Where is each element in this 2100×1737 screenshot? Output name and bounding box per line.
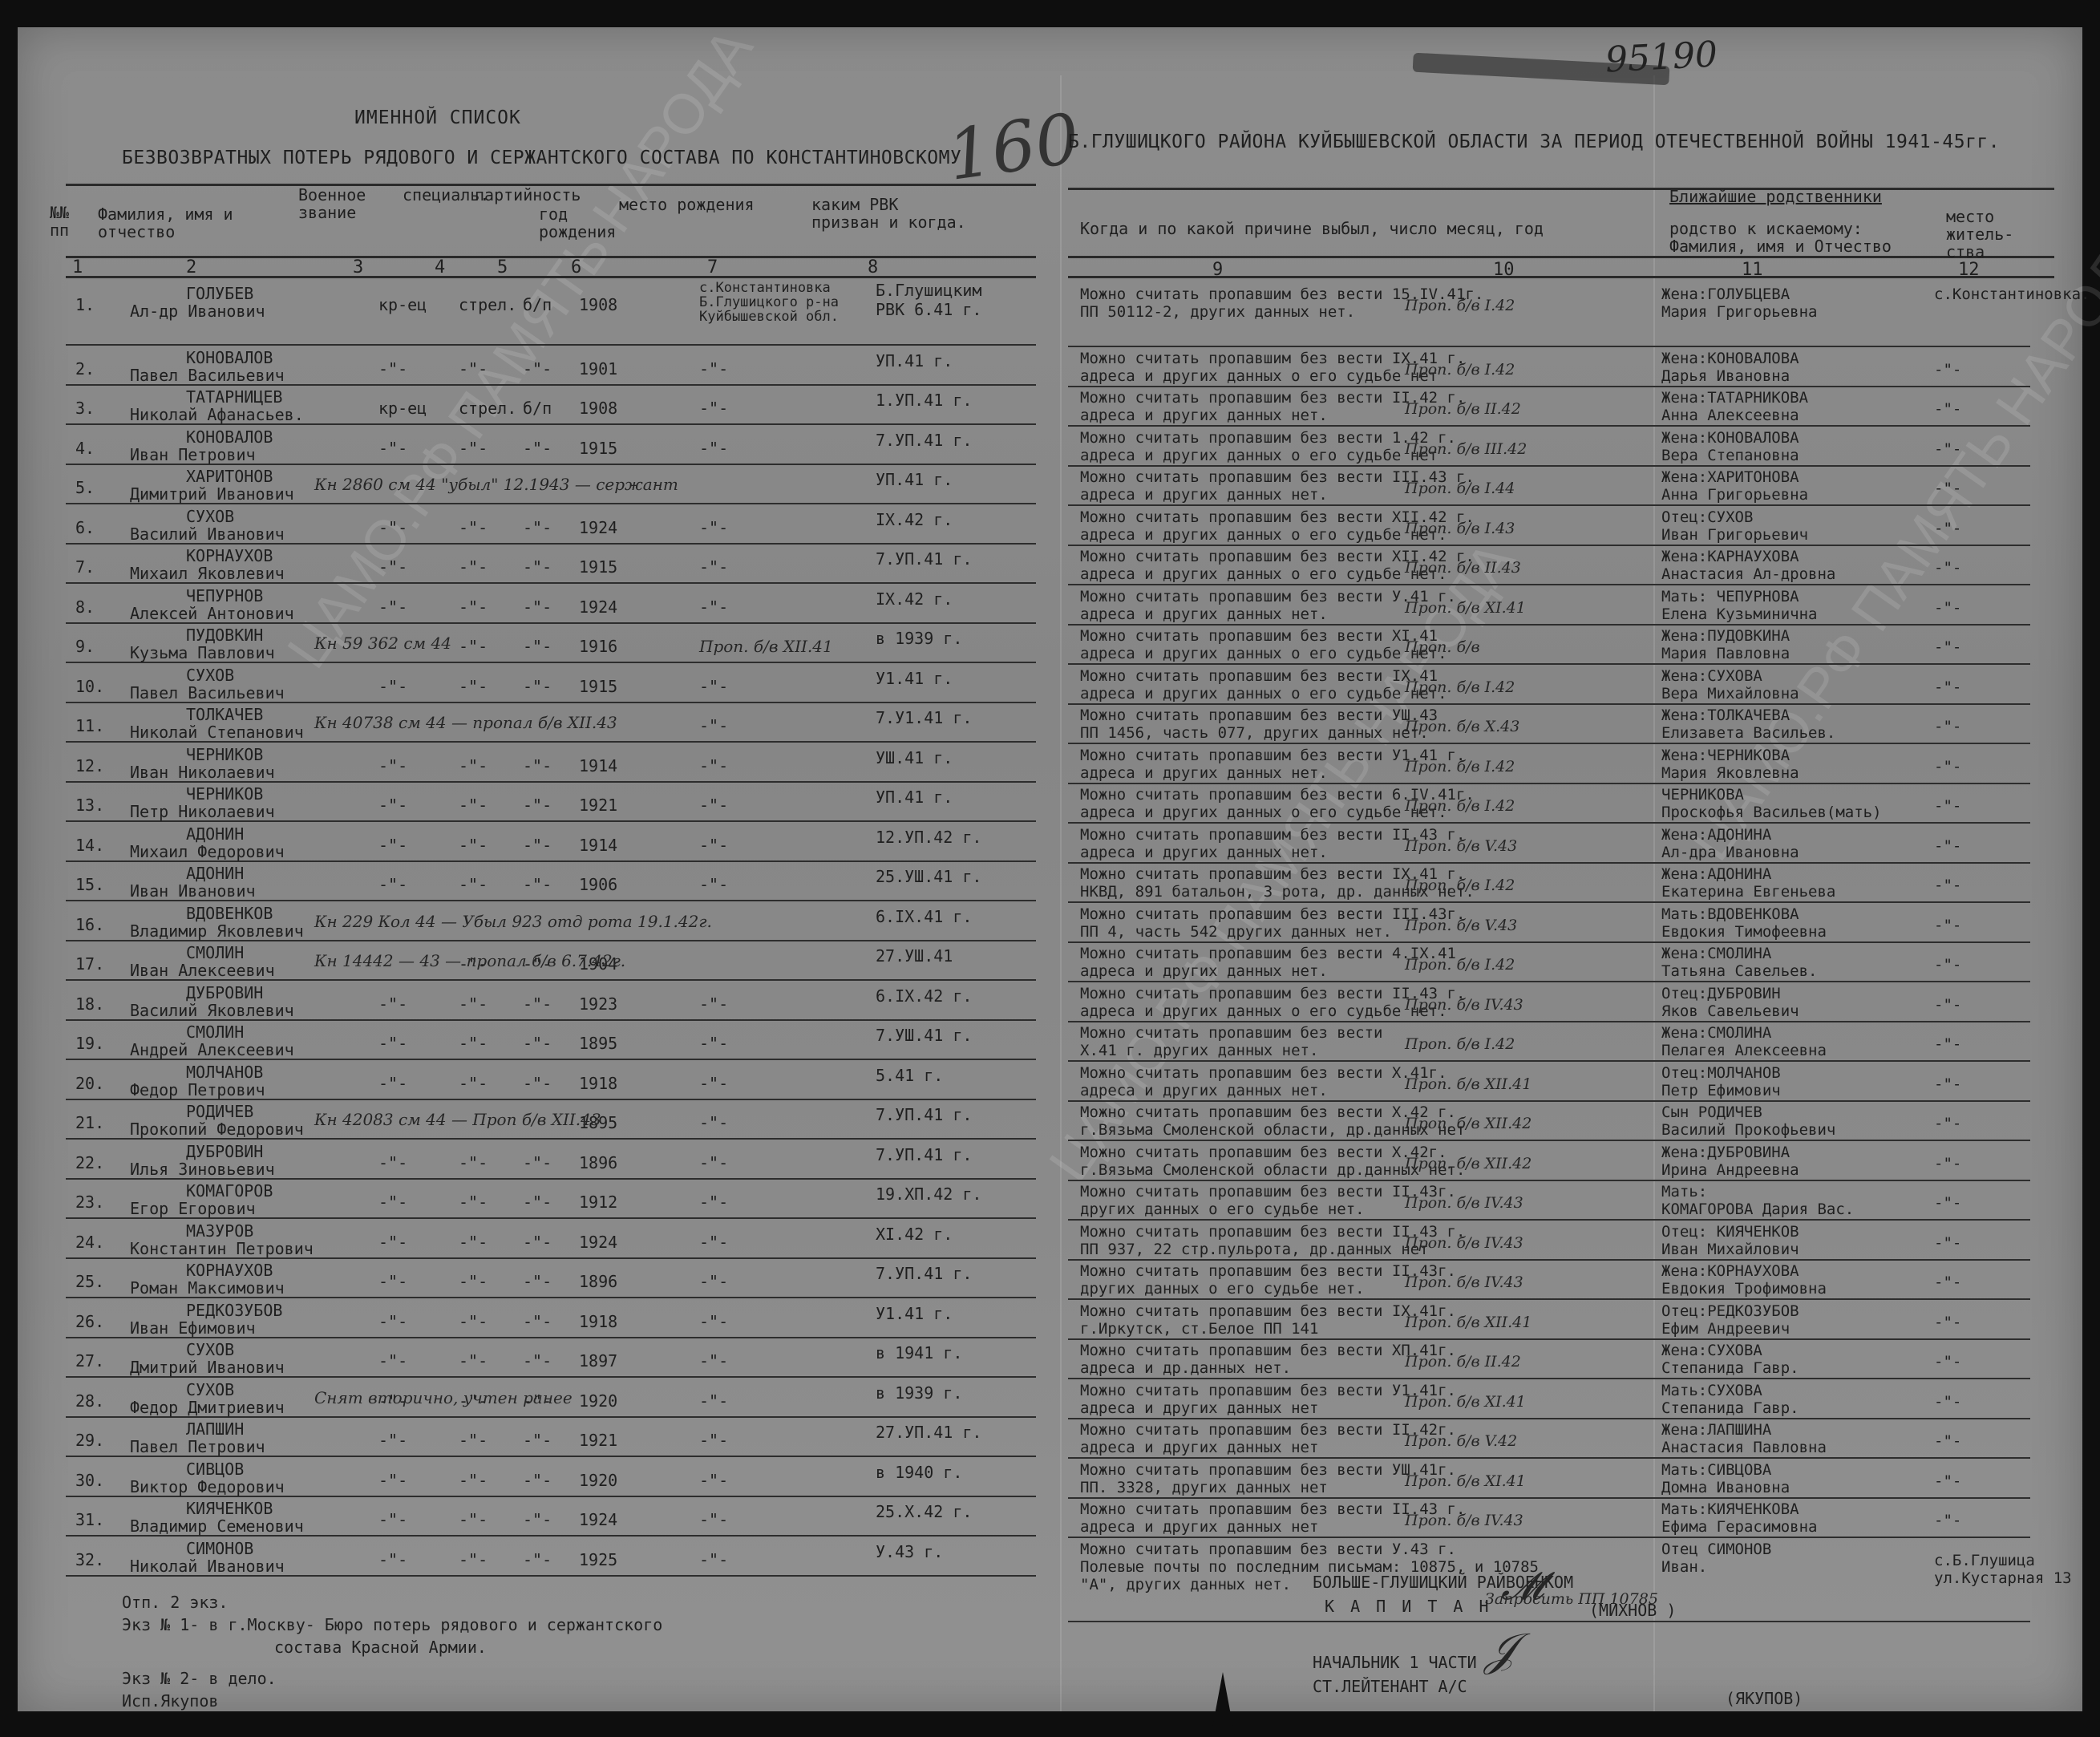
birth-year: 1925 [579, 1550, 617, 1569]
relative-line2: Анастасия Ал-дровна [1661, 565, 1835, 583]
num: 32. [75, 1550, 104, 1569]
rank: -"- [378, 1074, 407, 1093]
rvk: 7.УП.41 г. [876, 1105, 972, 1124]
handwritten-mark: Проп. б/в XII.41 [1405, 1314, 1532, 1331]
specialty: стрел. [459, 399, 516, 418]
table-row: 2.КОНОВАЛОВПавел Васильевич-"--"--"-1901… [66, 348, 1036, 386]
commissar-rank: К А П И Т А Н [1325, 1595, 1492, 1618]
relative-line2: Вера Михайловна [1661, 685, 1799, 702]
rank: -"- [378, 1351, 407, 1371]
num: 8. [75, 597, 95, 617]
table-row: 7.КОРНАУХОВМихаил Яковлевич-"--"--"-1915… [66, 546, 1036, 584]
given-name: Павел Васильевич [130, 683, 285, 702]
residence: -"- [1934, 559, 1961, 577]
rank: -"- [378, 1431, 407, 1450]
rvk: в 1939 г. [876, 629, 962, 648]
fate-line2: X.41 г. других данных нет. [1080, 1042, 1318, 1059]
handwritten-mark: Проп. б/в III.42 [1405, 440, 1527, 458]
num: 22. [75, 1153, 104, 1172]
birth-year: 1920 [579, 1471, 617, 1490]
table-row: 16.ВДОВЕНКОВВладимир Яковлевич6.IX.41 г.… [66, 904, 1036, 941]
specialty: стрел. [459, 295, 516, 314]
col-num: 1 [72, 257, 83, 277]
handwritten-mark: Проп. б/в [1405, 638, 1480, 656]
surname: СИВЦОВ [186, 1460, 244, 1479]
table-row: 15.АДОНИНИван Иванович-"--"--"-1906-"-25… [66, 864, 1036, 901]
table-row: Можно считать пропавшим без вести УШ.41г… [1068, 1461, 2030, 1499]
rank: -"- [378, 875, 407, 894]
surname: ДУБРОВИН [186, 983, 263, 1002]
num: 20. [75, 1074, 104, 1093]
table-row: Можно считать пропавшим без вести II.43 … [1068, 826, 2030, 864]
relative-line2: Степанида Гавр. [1661, 1359, 1799, 1377]
rule [66, 276, 1036, 278]
birth-place: с.Константиновка Б.Глушицкого р-на Куйбы… [699, 281, 860, 324]
table-row: 1.ГОЛУБЕВАл-др Ивановичкр-ецстрел.б/п190… [66, 284, 1036, 346]
surname: СУХОВ [186, 1340, 234, 1359]
specialty: -"- [459, 677, 488, 696]
residence: -"- [1934, 1194, 1961, 1212]
document-title: ИМЕННОЙ СПИСОК [354, 107, 521, 128]
table-row: Можно считать пропавшим без вести 15.IV.… [1068, 285, 2030, 347]
relative-line1: Жена:АДОНИНА [1661, 826, 1771, 844]
relative-line1: Жена:СМОЛИНА [1661, 1024, 1771, 1042]
relative-line2: Пелагея Алексеевна [1661, 1042, 1827, 1059]
handwritten-mark: Проп. б/в I.42 [1405, 797, 1515, 815]
given-name: Николай Афанасьев. [130, 405, 304, 424]
party: -"- [523, 1510, 552, 1529]
handwritten-mark: Проп. б/в XI.41 [1405, 1393, 1526, 1411]
relative-line2: Анна Алексеевна [1661, 407, 1799, 424]
relative-line1: Отец СИМОНОВ [1661, 1541, 1771, 1558]
given-name: Иван Ефимович [130, 1318, 256, 1338]
relative-line1: Отец:МОЛЧАНОВ [1661, 1064, 1781, 1082]
handwritten-mark: Проп. б/в I.44 [1405, 480, 1515, 497]
rule [66, 256, 1036, 258]
rank: кр-ец [378, 399, 427, 418]
rvk: 7.УП.41 г. [876, 549, 972, 569]
surname: СМОЛИН [186, 1022, 244, 1042]
fate-line2: адреса и других данных о его судьбе нет. [1080, 526, 1447, 544]
handwritten-mark: Проп. б/в XII.42 [1405, 1115, 1532, 1132]
rvk: в 1939 г. [876, 1383, 962, 1403]
table-row: Можно считать пропавшим без вести II.43 … [1068, 1223, 2030, 1261]
col-num: 11 [1742, 260, 1763, 280]
col-num: 10 [1493, 260, 1515, 280]
num: 10. [75, 677, 104, 696]
relative-line1: Отец:РЕДКОЗУБОВ [1661, 1302, 1799, 1320]
table-row: Можно считать пропавшим без вести X.42 г… [1068, 1103, 2030, 1141]
relative-line2: Петр Ефимович [1661, 1082, 1781, 1099]
specialty: -"- [459, 1034, 488, 1053]
party: -"- [523, 836, 552, 855]
given-name: Роман Максимович [130, 1278, 285, 1298]
party: -"- [523, 1074, 552, 1093]
given-name: Владимир Яковлевич [130, 921, 304, 941]
table-row: 30.СИВЦОВВиктор Федорович-"--"--"-1920-"… [66, 1460, 1036, 1497]
fate-line2: адреса и других данных нет [1080, 1399, 1318, 1417]
handwritten-mark: Проп. б/в IV.43 [1405, 1273, 1523, 1291]
rank: -"- [378, 439, 407, 458]
num: 18. [75, 994, 104, 1014]
birth-year: 1912 [579, 1192, 617, 1212]
fate-line1: Можно считать пропавшим без вести [1080, 1024, 1383, 1042]
rule [1068, 256, 2054, 258]
party: б/п [523, 399, 552, 418]
handwritten-note: Кн 229 Кол 44 — Убыл 923 отд рота 19.1.4… [314, 912, 712, 931]
fate-line1: Можно считать пропавшим без вести X.41г. [1080, 1064, 1447, 1082]
chief-title: НАЧАЛЬНИК 1 ЧАСТИ [1313, 1651, 1477, 1674]
num: 23. [75, 1192, 104, 1212]
num: 3. [75, 399, 95, 418]
party: -"- [523, 518, 552, 537]
residence: -"- [1934, 1234, 1961, 1252]
table-row: Можно считать пропавшим без вести XII.42… [1068, 508, 2030, 546]
surname: КОРНАУХОВ [186, 1261, 273, 1280]
fate-line2: адреса и других данных о его судьбе нет. [1080, 645, 1447, 662]
table-row: Можно считать пропавшим без вести X.42г.… [1068, 1144, 2030, 1181]
rvk: 6.IX.41 г. [876, 907, 972, 926]
rank: -"- [378, 1233, 407, 1252]
handwritten-mark: Проп. б/в IV.43 [1405, 996, 1523, 1014]
table-row: Можно считать пропавшим без вести II.42г… [1068, 1421, 2030, 1459]
residence: -"- [1934, 520, 1961, 537]
table-row: Можно считать пропавшим без вести XII.42… [1068, 548, 2030, 585]
table-row: Можно считать пропавшим без вести XI.41а… [1068, 627, 2030, 665]
surname: МОЛЧАНОВ [186, 1063, 263, 1082]
commissar-signature: 𝓜 [1501, 1575, 1544, 1597]
chief-rank: СТ.ЛЕЙТЕНАНТ А/С [1313, 1675, 1467, 1698]
header-birth-year: год рождения [539, 205, 595, 241]
relative-line2: Елизавета Васильев. [1661, 724, 1835, 742]
relative-line2: Дарья Ивановна [1661, 367, 1790, 385]
table-row: 20.МОЛЧАНОВФедор Петрович-"--"--"-1918-"… [66, 1063, 1036, 1100]
specialty: -"- [459, 1074, 488, 1093]
given-name: Николай Иванович [130, 1557, 285, 1576]
fate-line2: ПП 937, 22 стр.пульрота, др.данных нет [1080, 1241, 1429, 1258]
rvk: 6.IX.42 г. [876, 986, 972, 1006]
party: -"- [523, 1192, 552, 1212]
table-row: 21.РОДИЧЕВПрокопий Федорович1895-"-7.УП.… [66, 1102, 1036, 1140]
residence: -"- [1934, 678, 1961, 696]
given-name: Димитрий Иванович [130, 484, 294, 504]
surname: ЧЕРНИКОВ [186, 784, 263, 804]
handwritten-mark: Проп. б/в I.42 [1405, 877, 1515, 894]
specialty: -"- [459, 875, 488, 894]
table-row: 26.РЕДКОЗУБОВИван Ефимович-"--"--"-1918-… [66, 1301, 1036, 1338]
specialty: -"- [459, 1550, 488, 1569]
specialty: -"- [459, 756, 488, 775]
header-party: партийность [475, 186, 523, 204]
birth-year: 1924 [579, 1233, 617, 1252]
rvk: 7.УП.41 г. [876, 1145, 972, 1164]
surname: РЕДКОЗУБОВ [186, 1301, 282, 1320]
chief-signature: 𝒥 [1485, 1639, 1516, 1662]
party: -"- [523, 756, 552, 775]
given-name: Иван Алексеевич [130, 961, 275, 980]
fate-line1: Можно считать пропавшим без вести X.42 г… [1080, 1103, 1456, 1121]
num: 21. [75, 1113, 104, 1132]
residence: -"- [1934, 1472, 1961, 1490]
residence: -"- [1934, 797, 1961, 815]
birth-place: -"- [699, 1233, 728, 1252]
rvk: Б.Глушицким РВК 6.41 г. [876, 281, 1020, 319]
birth-place: -"- [699, 875, 728, 894]
specialty: -"- [459, 1272, 488, 1291]
given-name: Федор Дмитриевич [130, 1398, 285, 1417]
col-num: 2 [186, 257, 196, 277]
specialty: -"- [459, 796, 488, 815]
birth-year: 1895 [579, 1034, 617, 1053]
footer-copy1b: состава Красной Армии. [274, 1636, 487, 1658]
party: -"- [523, 1431, 552, 1450]
document-subtitle-left: БЕЗВОЗВРАТНЫХ ПОТЕРЬ РЯДОВОГО И СЕРЖАНТС… [122, 148, 961, 168]
rank: -"- [378, 1312, 407, 1331]
rank: -"- [378, 994, 407, 1014]
table-row: 25.КОРНАУХОВРоман Максимович-"--"--"-189… [66, 1261, 1036, 1298]
surname: СУХОВ [186, 1380, 234, 1399]
fate-line1: Можно считать пропавшим без вести 1.42 г… [1080, 429, 1456, 447]
footer-copies: Отп. 2 экз. [122, 1591, 228, 1614]
residence: -"- [1934, 440, 1961, 458]
rvk: IX.42 г. [876, 510, 953, 529]
relative-line1: Жена:КОНОВАЛОВА [1661, 429, 1799, 447]
table-row: 10.СУХОВПавел Васильевич-"--"--"-1915-"-… [66, 666, 1036, 703]
handwritten-mark: Проп. б/в IV.43 [1405, 1512, 1523, 1529]
table-row: 13.ЧЕРНИКОВПетр Николаевич-"--"--"-1921-… [66, 784, 1036, 822]
residence: -"- [1934, 1353, 1961, 1371]
fate-line1: Можно считать пропавшим без вести 4.IX.4… [1080, 945, 1456, 962]
rank: -"- [378, 1471, 407, 1490]
relative-line1: Мать:СИВЦОВА [1661, 1461, 1771, 1479]
residence: -"- [1934, 1035, 1961, 1053]
rvk: 25.X.42 г. [876, 1502, 972, 1521]
specialty: -"- [459, 1192, 488, 1212]
party: -"- [523, 1312, 552, 1331]
relative-line1: Мать:КИЯЧЕНКОВА [1661, 1500, 1799, 1518]
party: -"- [523, 796, 552, 815]
table-row: Можно считать пропавшим без вести II.43 … [1068, 1500, 2030, 1538]
rank: -"- [378, 1272, 407, 1291]
birth-place: -"- [699, 1192, 728, 1212]
table-row: Можно считать пропавшим без вести XП.41г… [1068, 1342, 2030, 1379]
table-row: 19.СМОЛИНАндрей Алексеевич-"--"--"-1895-… [66, 1022, 1036, 1060]
handwritten-mark: Проп. б/в XII.42 [1405, 1155, 1532, 1172]
birth-year: 1906 [579, 875, 617, 894]
relative-line2: Татьяна Савельев. [1661, 962, 1817, 980]
party: -"- [523, 597, 552, 617]
fate-line1: Можно считать пропавшим без вести IX.41 [1080, 667, 1438, 685]
torn-edge [0, 1716, 2100, 1737]
num: 13. [75, 796, 104, 815]
rank: -"- [378, 1153, 407, 1172]
birth-place: -"- [699, 994, 728, 1014]
given-name: Кузьма Павлович [130, 643, 275, 662]
residence: -"- [1934, 917, 1961, 934]
num: 28. [75, 1391, 104, 1411]
relative-line2: Домна Ивановна [1661, 1479, 1790, 1496]
relative-line1: Мать:ВДОВЕНКОВА [1661, 905, 1799, 923]
table-row: 32.СИМОНОВНиколай Иванович-"--"--"-1925-… [66, 1539, 1036, 1577]
handwritten-mark: Проп. б/в XI.41 [1405, 599, 1526, 617]
header-relatives: родство к искаемому: Фамилия, имя и Отче… [1669, 220, 1926, 255]
num: 27. [75, 1351, 104, 1371]
specialty: -"- [459, 637, 488, 656]
residence: -"- [1934, 1115, 1961, 1132]
table-row: 12.ЧЕРНИКОВИван Николаевич-"--"--"-1914-… [66, 745, 1036, 783]
rvk: 19.ХП.42 г. [876, 1184, 981, 1204]
document-page: ЦАМО.РФ ПАМЯТЬ НАРОДА ЦАМО.РФ ПАМЯТЬ НАР… [18, 27, 2082, 1711]
fate-line2: адреса и других данных о его судьбе нет. [1080, 685, 1447, 702]
table-row: 27.СУХОВДмитрий Иванович-"--"--"-1897-"-… [66, 1340, 1036, 1378]
given-name: Виктор Федорович [130, 1477, 285, 1496]
rvk: в 1941 г. [876, 1343, 962, 1362]
table-row: 17.СМОЛИНИван Алексеевич-"--"-190427.УШ.… [66, 943, 1036, 981]
relative-line1: Жена:ЧЕРНИКОВА [1661, 747, 1790, 764]
relative-line2: Иван Григорьевич [1661, 526, 1808, 544]
handwritten-note: Снят вторично, учтен ранее [314, 1388, 573, 1407]
rule [1068, 188, 2054, 190]
fate-line2: адреса и др.данных нет. [1080, 1359, 1291, 1377]
table-row: Можно считать пропавшим без вести IX.41а… [1068, 667, 2030, 705]
relative-line1: ЧЕРНИКОВА [1661, 786, 1744, 804]
residence: -"- [1934, 837, 1961, 855]
given-name: Василий Яковлевич [130, 1001, 294, 1020]
given-name: Владимир Семенович [130, 1516, 304, 1536]
handwritten-mark: Проп. б/в V.42 [1405, 1432, 1517, 1450]
specialty: -"- [459, 1471, 488, 1490]
fate-line2: других данных о его судьбе нет. [1080, 1201, 1365, 1218]
table-row: 23.КОМАГОРОВЕгор Егорович-"--"--"-1912-"… [66, 1181, 1036, 1219]
table-row: 14.АДОНИНМихаил Федорович-"--"--"-1914-"… [66, 824, 1036, 862]
table-row: 18.ДУБРОВИНВасилий Яковлевич-"--"--"-192… [66, 983, 1036, 1021]
handwritten-mark: Проп. б/в II.43 [1405, 559, 1521, 577]
header-when-why: Когда и по какой причине выбыл, число ме… [1080, 220, 1544, 237]
fate-line2: адреса и других данных нет. [1080, 1082, 1328, 1099]
birth-year: 1908 [579, 399, 617, 418]
num: 24. [75, 1233, 104, 1252]
fate-line2: ПП 1456, часть 077, других данных нет. [1080, 724, 1429, 742]
handwritten-number: 160 [943, 99, 1084, 196]
table-row: 11.ТОЛКАЧЕВНиколай Степанович-"-7.У1.41 … [66, 705, 1036, 743]
relative-line1: Жена:ТАТАРНИКОВА [1661, 389, 1808, 407]
relative-line1: Мать:СУХОВА [1661, 1382, 1762, 1399]
birth-place: -"- [699, 796, 728, 815]
relative-line2: Мария Григорьевна [1661, 303, 1817, 321]
rvk: 27.УШ.41 [876, 946, 953, 966]
footer-executor: Исп.Якупов [122, 1690, 218, 1712]
num: 12. [75, 756, 104, 775]
surname: ЛАПШИН [186, 1419, 244, 1439]
surname: КИЯЧЕНКОВ [186, 1499, 273, 1518]
given-name: Иван Николаевич [130, 763, 275, 782]
birth-place: -"- [699, 1550, 728, 1569]
relative-line2: КОМАГОРОВА Дария Вас. [1661, 1201, 1854, 1218]
relative-line1: Жена:ТОЛКАЧЕВА [1661, 707, 1790, 724]
rvk: УП.41 г. [876, 470, 953, 489]
rvk: 5.41 г. [876, 1066, 943, 1085]
birth-year: 1921 [579, 1431, 617, 1450]
num: 6. [75, 518, 95, 537]
birth-place: -"- [699, 1312, 728, 1331]
birth-place: -"- [699, 1272, 728, 1291]
fate-line1: Можно считать пропавшим без вести XI.41 [1080, 627, 1438, 645]
handwritten-mark: Проп. б/в X.43 [1405, 718, 1519, 735]
footer-copy2: Экз № 2- в дело. [122, 1667, 277, 1690]
rank: -"- [378, 756, 407, 775]
relative-line1: Жена:АДОНИНА [1661, 865, 1771, 883]
handwritten-mark: Проп. б/в I.42 [1405, 361, 1515, 379]
rank: -"- [378, 1192, 407, 1212]
relative-line2: Иван. [1661, 1558, 1707, 1576]
party: -"- [523, 875, 552, 894]
rank: -"- [378, 359, 407, 379]
table-row: 3.ТАТАРНИЦЕВНиколай Афанасьев.кр-ецстрел… [66, 387, 1036, 425]
rvk: 27.УП.41 г. [876, 1423, 981, 1442]
birth-year: 1914 [579, 756, 617, 775]
residence: -"- [1934, 361, 1961, 379]
party: -"- [523, 1153, 552, 1172]
table-row: 29.ЛАПШИНПавел Петрович-"--"--"-1921-"-2… [66, 1419, 1036, 1457]
handwritten-mark: Проп. б/в I.43 [1405, 520, 1515, 537]
birth-place: -"- [699, 1391, 728, 1411]
given-name: Дмитрий Иванович [130, 1358, 285, 1377]
birth-place: -"- [699, 518, 728, 537]
table-row: Можно считать пропавшим без вести IX.41 … [1068, 350, 2030, 387]
party: -"- [523, 1351, 552, 1371]
table-row: Можно считать пропавшим без вести III.43… [1068, 468, 2030, 506]
num: 30. [75, 1471, 104, 1490]
relative-line1: Жена:ЛАПШИНА [1661, 1421, 1771, 1439]
residence: -"- [1934, 758, 1961, 775]
fate-line2: ПП. 3328, других данных нет [1080, 1479, 1328, 1496]
table-row: 9.ПУДОВКИНКузьма Павлович-"--"-1916Проп.… [66, 626, 1036, 663]
birth-place: -"- [699, 1431, 728, 1450]
rvk: 7.УП.41 г. [876, 431, 972, 450]
num: 2. [75, 359, 95, 379]
relative-line2: Анастасия Павловна [1661, 1439, 1827, 1456]
fate-line1: Можно считать пропавшим без вести У.41 г… [1080, 588, 1456, 605]
specialty: -"- [459, 557, 488, 577]
residence: -"- [1934, 599, 1961, 617]
specialty: -"- [459, 836, 488, 855]
rvk: 7.У1.41 г. [876, 708, 972, 727]
table-row: 31.КИЯЧЕНКОВВладимир Семенович-"--"--"-1… [66, 1499, 1036, 1537]
specialty: -"- [459, 359, 488, 379]
birth-year: 1896 [579, 1153, 617, 1172]
table-row: 22.ДУБРОВИНИлья Зиновьевич-"--"--"-1896-… [66, 1142, 1036, 1180]
birth-year: 1918 [579, 1074, 617, 1093]
rvk: 25.УШ.41 г. [876, 867, 981, 886]
fate-line1: Можно считать пропавшим без вести УШ.41г… [1080, 1461, 1456, 1479]
given-name: Илья Зиновьевич [130, 1160, 275, 1179]
given-name: Андрей Алексеевич [130, 1040, 294, 1059]
handwritten-note: Кн 14442 — 43 — пропал б/в 6.7.42г. [314, 951, 625, 970]
relative-line1: Жена:СУХОВА [1661, 1342, 1762, 1359]
residence: -"- [1934, 1155, 1961, 1172]
birth-year: 1915 [579, 557, 617, 577]
num: 14. [75, 836, 104, 855]
surname: КОНОВАЛОВ [186, 427, 273, 447]
table-row: Можно считать пропавшим без вести II.43г… [1068, 1183, 2030, 1221]
rvk: У.43 г. [876, 1542, 943, 1561]
rank: -"- [378, 836, 407, 855]
surname: КОРНАУХОВ [186, 546, 273, 565]
relative-line2: Яков Савельевич [1661, 1002, 1799, 1020]
fate-line1: Можно считать пропавшим без вести УШ.43 [1080, 707, 1438, 724]
handwritten-mark: Проп. б/в I.42 [1405, 758, 1515, 775]
residence: -"- [1934, 638, 1961, 656]
